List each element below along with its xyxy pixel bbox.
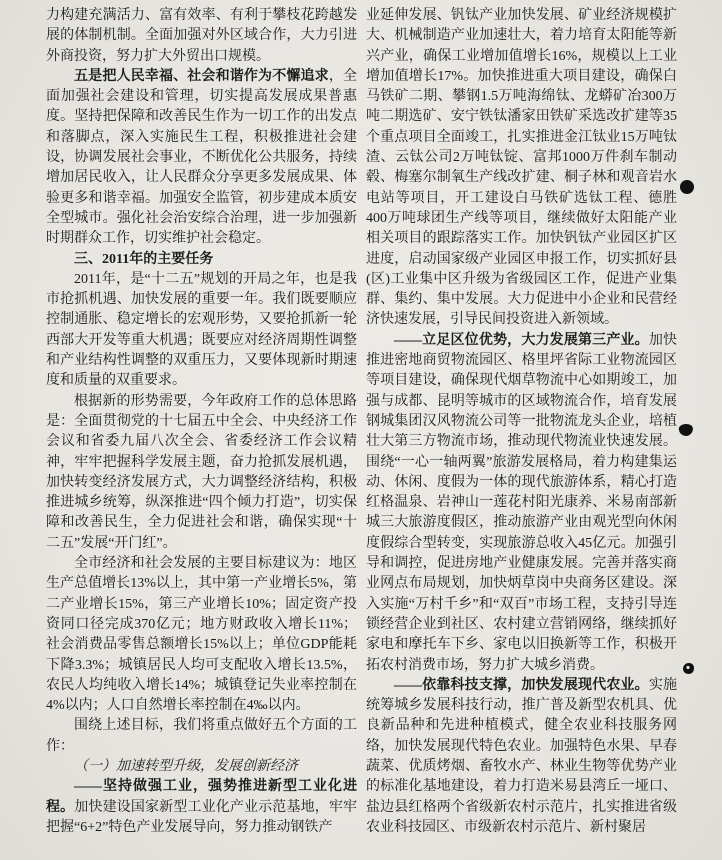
paragraph: 全市经济和社会发展的主要目标建议为：地区生产总值增长13%以上，其中第一产业增长… [46, 554, 357, 716]
paragraph-continued-from-previous-page: 力构建充满活力、富有效率、有利于攀枝花跨越发展的体制机制。全面加强对外区域合作，… [46, 6, 357, 67]
paragraph-text: ，全面加强社会建设和管理，切实提高发展成果普惠度。坚持把保障和改善民生作为一切工… [46, 69, 357, 246]
paragraph: 2011年，是“十二五”规划的开局之年，也是我市抢抓机遇、加快发展的重要一年。我… [46, 270, 357, 392]
scan-speck-mark [104, 7, 107, 10]
paragraph: 五是把人民幸福、社会和谐作为不懈追求，全面加强社会建设和管理，切实提高发展成果普… [46, 67, 357, 250]
scanned-document-page: 力构建充满活力、富有效率、有利于攀枝花跨越发展的体制机制。全面加强对外区域合作，… [0, 0, 722, 860]
paragraph: 围绕上述目标，我们将重点做好五个方面的工作： [46, 716, 357, 757]
paragraph-bold-lead: ——依靠科技支撑，加快发展现代农业。 [394, 678, 649, 693]
paragraph-bold-lead: 五是把人民幸福、社会和谐作为不懈追求 [74, 69, 329, 84]
ink-dot-mark [680, 180, 694, 194]
paragraph-text: 加快推进密地商贸物流园区、格里坪省际工业物流园区等项目建设，确保现代烟草物流中心… [366, 333, 677, 673]
paragraph: 根据新的形势需要，今年政府工作的总体思路是：全面贯彻党的十七届五中全会、中央经济… [46, 392, 357, 554]
right-text-column: 业延伸发展、钒钛产业加快发展、矿业经济规模扩大、机械制造产业加速壮大，着力培育太… [366, 6, 677, 860]
paragraph-text: 实施统筹城乡发展科技行动，推广普及新型农机具、优良新品种和先进种植模式，健全农业… [366, 678, 677, 835]
ink-blob-mark [678, 423, 694, 437]
section-heading: 三、2011年的主要任务 [46, 250, 357, 270]
paragraph: ——依靠科技支撑，加快发展现代农业。实施统筹城乡发展科技行动，推广普及新型农机具… [366, 676, 677, 838]
left-text-column: 力构建充满活力、富有效率、有利于攀枝花跨越发展的体制机制。全面加强对外区域合作，… [46, 6, 357, 860]
ink-donut-mark [683, 663, 694, 674]
paragraph-bold-lead: ——立足区位优势，大力发展第三产业。 [394, 333, 649, 348]
paragraph: ——立足区位优势，大力发展第三产业。加快推进密地商贸物流园区、格里坪省际工业物流… [366, 331, 677, 676]
paragraph: ——坚持做强工业，强势推进新型工业化进程。加快建设国家新型工业化产业示范基地，牢… [46, 777, 357, 838]
paragraph-continued-from-left-column: 业延伸发展、钒钛产业加快发展、矿业经济规模扩大、机械制造产业加速壮大，着力培育太… [366, 6, 677, 331]
scan-speck-mark [352, 13, 357, 15]
subsection-heading: （一）加速转型升级，发展创新经济 [46, 757, 357, 777]
paragraph-text: 加快建设国家新型工业化产业示范基地，牢牢把握“6+2”特色产业发展导向，努力推动… [46, 800, 357, 835]
